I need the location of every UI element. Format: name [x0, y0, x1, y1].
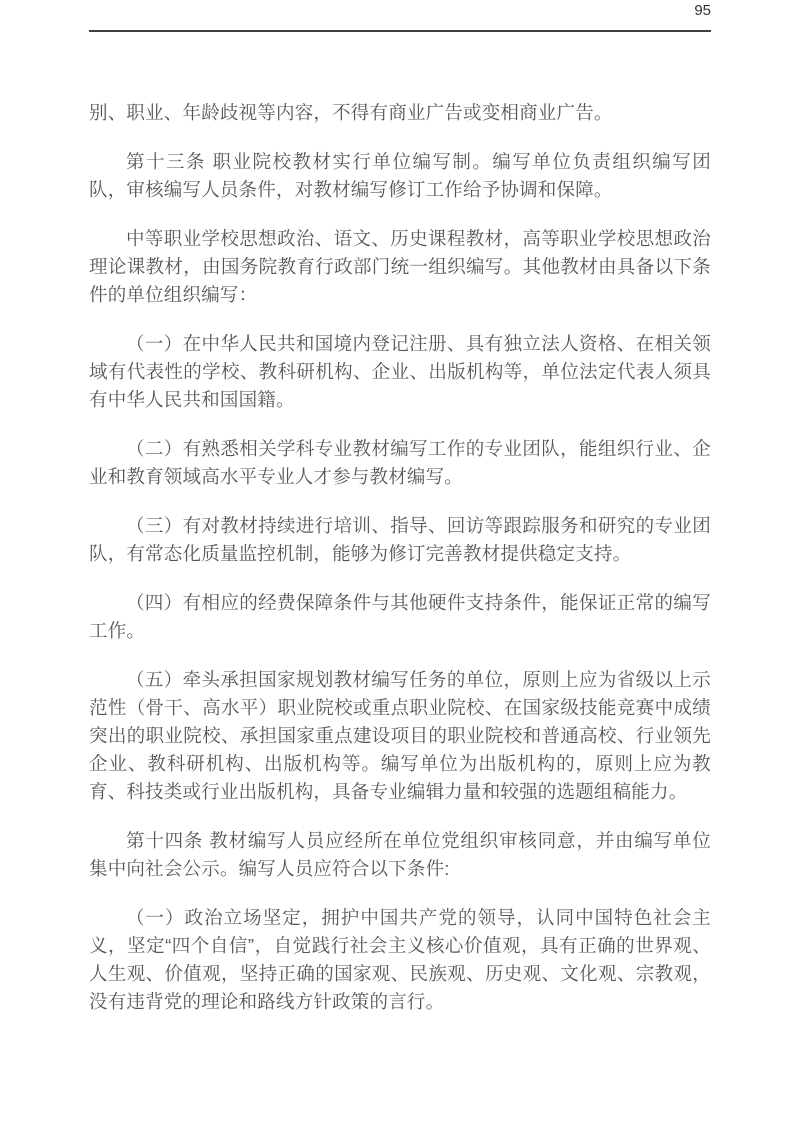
paragraph-item-1: （一）在中华人民共和国境内登记注册、具有独立法人资格、在相关领域有代表性的学校、…	[89, 330, 711, 414]
page-header: 95	[89, 0, 711, 22]
page-content: 95 别、职业、年龄歧视等内容，不得有商业广告或变相商业广告。 第十三条 职业院…	[89, 0, 711, 1016]
paragraph: 别、职业、年龄歧视等内容，不得有商业广告或变相商业广告。	[89, 99, 711, 127]
header-rule	[89, 30, 711, 32]
paragraph-article-14: 第十四条 教材编写人员应经所在单位党组织审核同意，并由编写单位集中向社会公示。编…	[89, 827, 711, 883]
paragraph-item-1b: （一）政治立场坚定，拥护中国共产党的领导，认同中国特色社会主义，坚定“四个自信”…	[89, 904, 711, 1016]
paragraph-item-2: （二）有熟悉相关学科专业教材编写工作的专业团队，能组织行业、企业和教育领域高水平…	[89, 435, 711, 491]
paragraph-item-5: （五）牵头承担国家规划教材编写任务的单位，原则上应为省级以上示范性（骨干、高水平…	[89, 666, 711, 806]
paragraph-item-4: （四）有相应的经费保障条件与其他硬件支持条件，能保证正常的编写工作。	[89, 589, 711, 645]
paragraph: 中等职业学校思想政治、语文、历史课程教材，高等职业学校思想政治理论课教材，由国务…	[89, 225, 711, 309]
document-page: 95 别、职业、年龄歧视等内容，不得有商业广告或变相商业广告。 第十三条 职业院…	[0, 0, 793, 1122]
page-number: 95	[694, 2, 711, 19]
paragraph-article-13: 第十三条 职业院校教材实行单位编写制。编写单位负责组织编写团队，审核编写人员条件…	[89, 148, 711, 204]
paragraph-item-3: （三）有对教材持续进行培训、指导、回访等跟踪服务和研究的专业团队，有常态化质量监…	[89, 512, 711, 568]
document-body: 别、职业、年龄歧视等内容，不得有商业广告或变相商业广告。 第十三条 职业院校教材…	[89, 99, 711, 1016]
